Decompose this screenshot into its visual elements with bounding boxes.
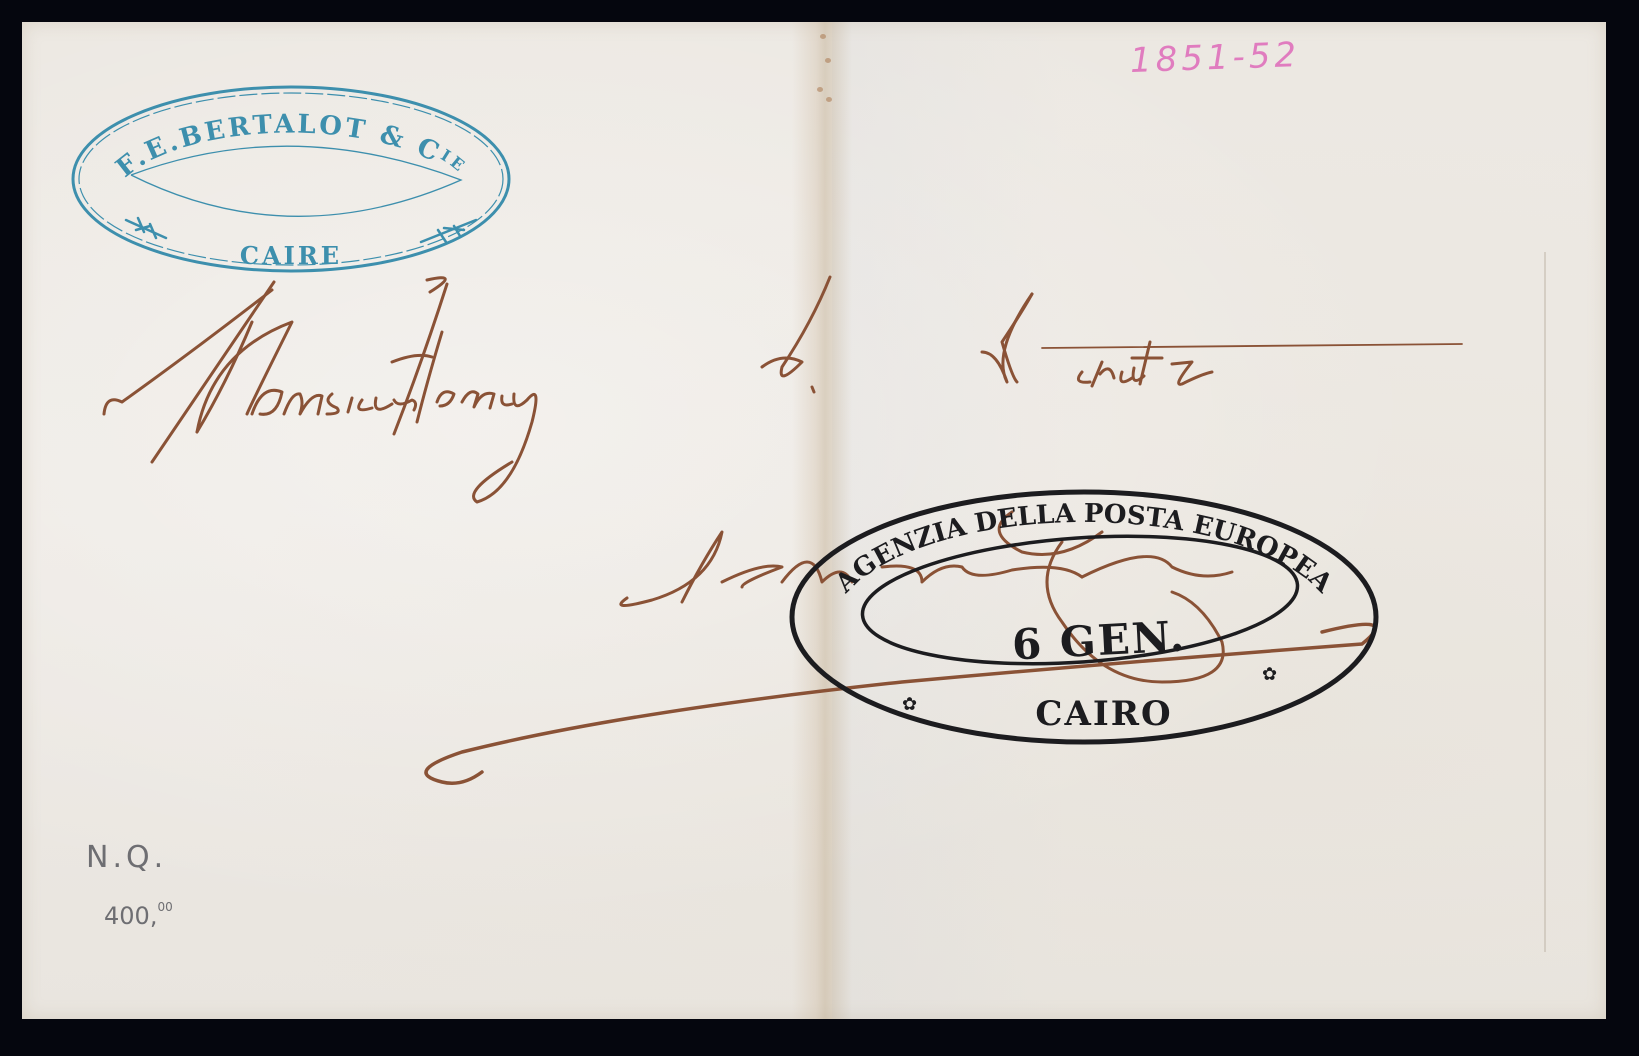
svg-text:6 GEN.: 6 GEN. [1011, 611, 1187, 669]
pencil-price-note: 400,00 [104, 902, 173, 930]
svg-text:✿: ✿ [902, 694, 917, 715]
svg-text:✿: ✿ [1262, 664, 1277, 685]
postmark-oval-icon: AGENZIA DELLA POSTA EUROPEA 6 GEN. CAIRO… [784, 480, 1384, 750]
svg-text:CAIRO: CAIRO [1035, 694, 1172, 734]
svg-text:AGENZIA DELLA POSTA EUROPEA: AGENZIA DELLA POSTA EUROPEA [829, 499, 1339, 600]
postmark-cancellation: AGENZIA DELLA POSTA EUROPEA 6 GEN. CAIRO… [784, 480, 1384, 750]
pencil-grade-note: N.Q. [86, 840, 167, 875]
price-cents: 00 [157, 900, 172, 914]
postal-cover: F.E.BERTALOT & CIE CAIRE F.E. BERTALOT &… [22, 22, 1606, 1019]
price-value: 400 [104, 902, 150, 930]
